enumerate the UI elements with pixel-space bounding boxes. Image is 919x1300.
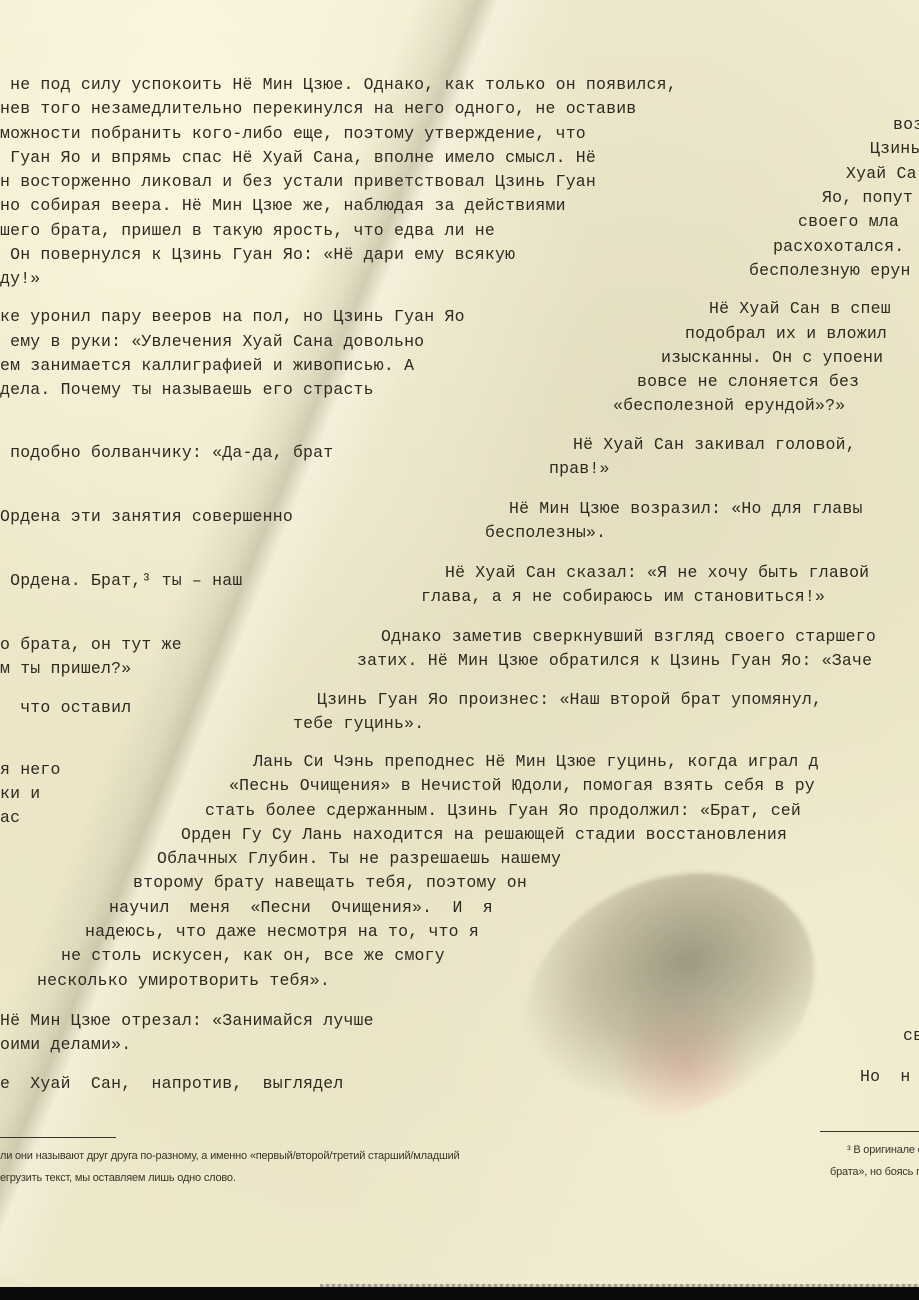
text-line: несколько умиротворить тебя». [37,971,330,991]
text-line: затих. Нё Мин Цзюе обратился к Цзинь Гуа… [357,651,872,671]
footnote-rule [820,1131,919,1132]
footnote-line: брата», но боясь пе [830,1163,919,1181]
text-line: «бесполезной ерундой»?» [613,396,845,416]
text-line: прав!» [549,459,610,479]
text-line: научил меня «Песни Очищения». И я [109,898,493,918]
text-line: Цзинь [870,139,919,159]
text-line: Орден Гу Су Лань находится на решающей с… [181,825,787,845]
text-line: бесполезны». [485,523,606,543]
text-line: своего мла [798,212,899,232]
text-line: Но н [860,1067,911,1087]
text-line: Хуай Са [846,164,917,184]
text-line: изысканны. Он с упоени [661,348,883,368]
text-line: Однако заметив сверкнувший взгляд своего… [381,627,876,647]
text-line: св [903,1026,919,1046]
text-line: подобрал их и вложил [685,324,887,344]
text-line: Яо, попут [822,188,913,208]
text-line: глава, а я не собираюсь им становиться!» [421,587,825,607]
text-line: стать более сдержанным. Цзинь Гуан Яо пр… [205,801,801,821]
text-line: бесполезную ерун [749,261,911,281]
text-line: не столь искусен, как он, все же смогу [61,946,445,966]
text-line: Облачных Глубин. Ты не разрешаешь нашему [157,849,561,869]
footnote-line: ³ В оригинале ес [847,1141,919,1159]
text-line: вовсе не слоняется без [637,372,859,392]
text-line: Нё Хуай Сан в спеш [709,299,891,319]
text-line: Лань Си Чэнь преподнес Нё Мин Цзюе гуцин… [253,752,819,772]
text-line: Нё Мин Цзюе возразил: «Но для главы [509,499,863,519]
text-line: Нё Хуай Сан сказал: «Я не хочу быть глав… [445,563,869,583]
text-line: расхохотался. [773,237,904,257]
text-line: второму брату навещать тебя, поэтому он [133,873,527,893]
text-line: тебе гуцинь». [293,714,424,734]
text-line: надеюсь, что даже несмотря на то, что я [85,922,479,942]
text-line: Нё Хуай Сан закивал головой, [573,435,856,455]
text-line: «Песнь Очищения» в Нечистой Юдоли, помог… [229,776,815,796]
scan-bottom-border [0,1287,919,1300]
text-line: Цзинь Гуан Яо произнес: «Наш второй брат… [317,690,822,710]
text-line: воз [893,115,919,135]
right-page-text-layer: возЦзиньХуай СаЯо, попутсвоего мларасхох… [0,0,919,1287]
